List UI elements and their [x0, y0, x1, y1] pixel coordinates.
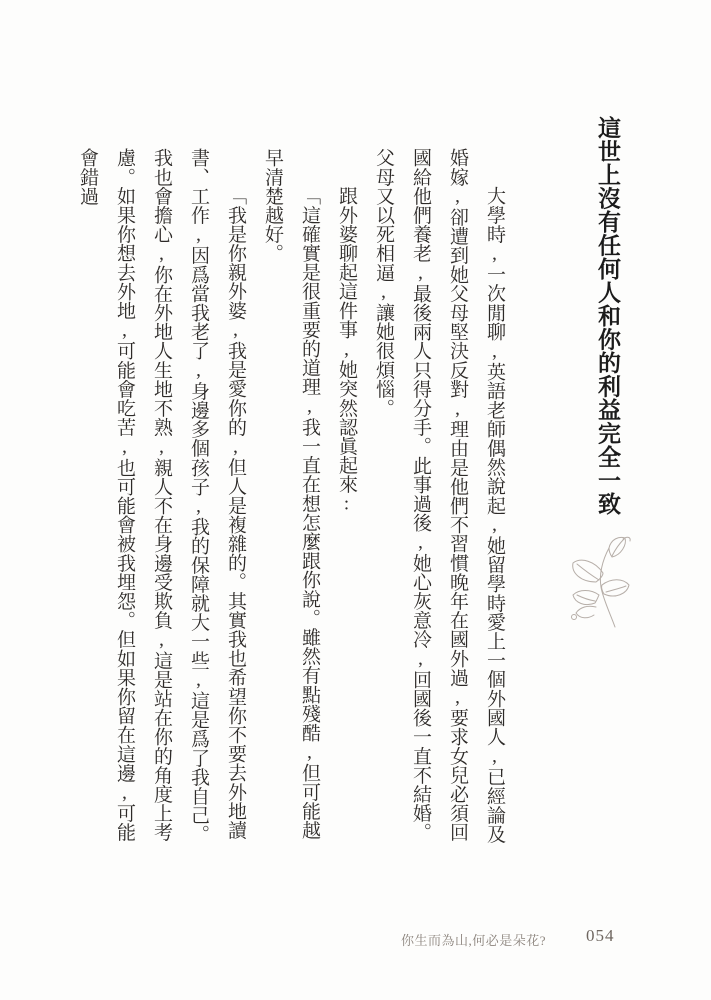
paragraph: 跟外婆聊起這件事,她突然認眞起來:: [328, 148, 365, 857]
paragraph: 「我是你親外婆,我是愛你的,但人是複雜的。其實我也希望你不要去外地讀書、工作,因…: [69, 148, 254, 857]
running-footer-book-title: 你生而為山,何必是朵花?: [401, 930, 546, 949]
leaf-branch-sketch-icon: [555, 535, 645, 630]
paragraph: 「這確實是很重要的道理,我一直在想怎麼跟你說。雖然有點殘酷,但可能越早清楚越好。: [254, 148, 328, 857]
page-number: 054: [586, 926, 615, 946]
chapter-title: 這世上沒有任何人和你的利益完全一致: [592, 116, 625, 536]
paragraph: 大學時,一次閒聊,英語老師偶然說起,她留學時愛上一個外國人,已經論及婚嫁,卻遭到…: [365, 148, 513, 857]
body-text: 大學時,一次閒聊,英語老師偶然說起,她留學時愛上一個外國人,已經論及婚嫁,卻遭到…: [104, 148, 513, 857]
book-page: 這世上沒有任何人和你的利益完全一致 大學時,一次閒聊,英語老師偶然說起,她留學時…: [0, 0, 711, 1000]
